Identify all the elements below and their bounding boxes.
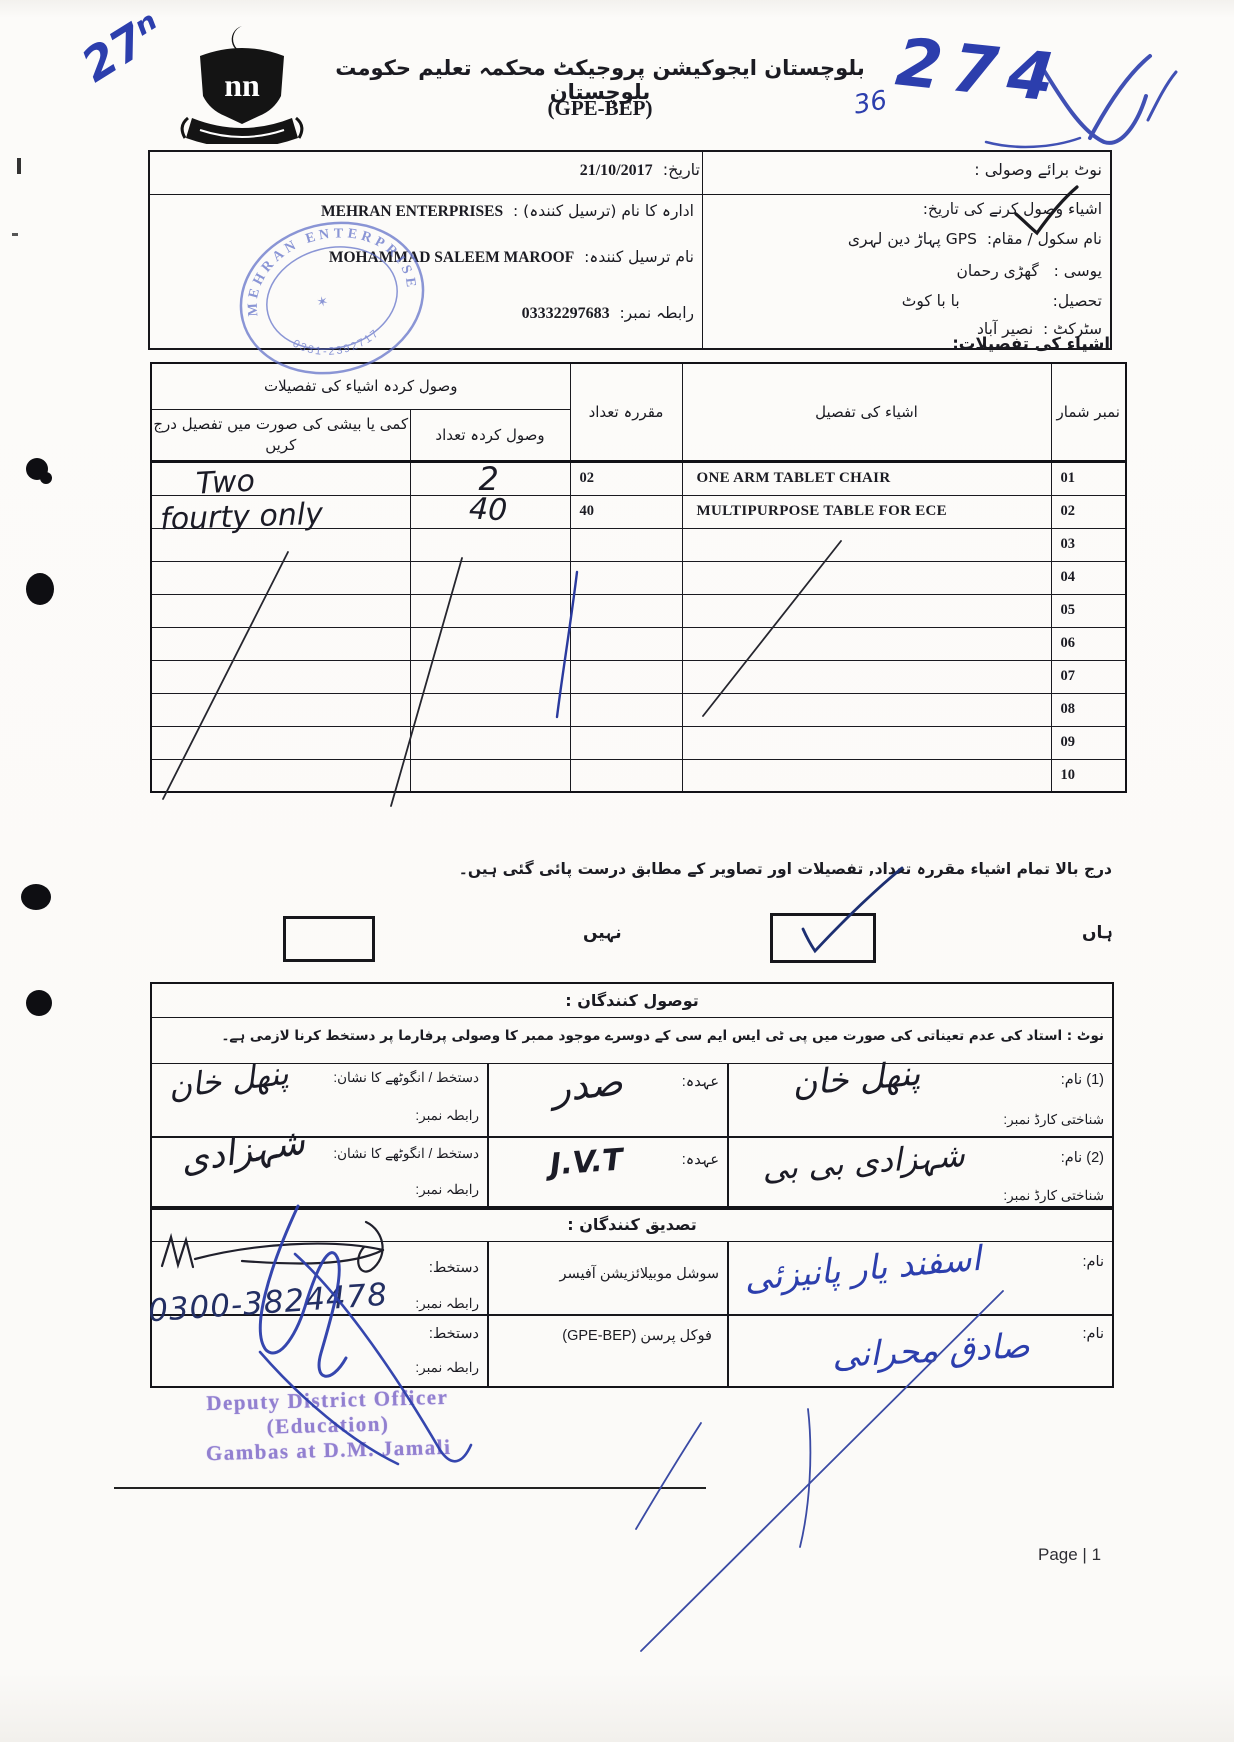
no-label: نہیں (583, 922, 622, 943)
verifier1-contact-label: رابطہ نمبر: (415, 1296, 479, 1312)
item-row: 06 (151, 627, 1126, 660)
item-row: 09 (151, 726, 1126, 759)
contact-label: رابطہ نمبر: (619, 304, 694, 322)
receivers-box: توصول کنندگان : نوٹ : استاد کی عدم تعینا… (150, 982, 1114, 1210)
fixed-qty-cell (570, 528, 682, 561)
item-detail-cell (682, 594, 1051, 627)
handwritten-number-small: 36 (852, 87, 889, 118)
item-row: 08 (151, 693, 1126, 726)
receiver1-id-label: شناختی کارڈ نمبر: (1003, 1112, 1104, 1128)
sender-value: MOHAMMAD SALEEM MAROOF (329, 249, 574, 266)
receiver2-role-label: عہدہ: (682, 1152, 719, 1168)
serial-cell: 01 (1051, 461, 1126, 495)
receiver1-contact-label: رابطہ نمبر: (415, 1108, 479, 1124)
info-box-divider (150, 194, 1110, 195)
page-subtitle: (GPE-BEP) (320, 96, 880, 121)
sender-row: نام ترسیل کنندہ: MOHAMMAD SALEEM MAROOF (150, 248, 694, 267)
item-detail-cell (682, 660, 1051, 693)
serial-cell: 08 (1051, 693, 1126, 726)
received-qty-header: وصول کردہ تعداد (410, 409, 570, 461)
serial-cell: 04 (1051, 561, 1126, 594)
delivery-info-box: تاریخ: 21/10/2017 ادارہ کا نام (ترسیل کن… (148, 150, 1112, 350)
page-number: Page | 1 (1038, 1545, 1101, 1565)
fixed-qty-cell (570, 693, 682, 726)
school-value: GPS پہاڑ دین لہری (848, 230, 977, 248)
fixed-qty-cell: 02 (570, 461, 682, 495)
tehsil-label: تحصیل: (1053, 292, 1102, 310)
fixed-qty-cell (570, 627, 682, 660)
org-label: ادارہ کا نام (ترسیل کنندہ) : (513, 202, 694, 220)
fixed-qty-cell (570, 759, 682, 792)
bottom-rule-line (114, 1487, 706, 1489)
verifier2-contact-label: رابطہ نمبر: (415, 1360, 479, 1376)
item-row: 10 (151, 759, 1126, 792)
variance-handwritten: Two (195, 458, 410, 499)
yes-label: ہاں (1082, 922, 1113, 943)
fixed-qty-cell (570, 594, 682, 627)
variance-header: کمی یا بیشی کی صورت میں تفصیل درج کریں (151, 409, 410, 461)
info-box-column-divider (702, 152, 703, 348)
serial-cell: 09 (1051, 726, 1126, 759)
fixed-qty-cell (570, 561, 682, 594)
scanned-form-page: 27ⁿ nn بلوچستان ایجوکیشن پروجیکٹ محکمہ ت… (0, 0, 1234, 1742)
date-row: تاریخ: 21/10/2017 (150, 160, 700, 180)
serial-header: نمبر شمار (1051, 363, 1126, 461)
org-row: ادارہ کا نام (ترسیل کنندہ) : MEHRAN ENTE… (150, 202, 694, 221)
handwritten-number-large: 274 (893, 29, 1067, 112)
tehsil-row: تحصیل: با با کوٹ (702, 292, 1110, 310)
receiver2-contact-label: رابطہ نمبر: (415, 1182, 479, 1198)
serial-cell: 02 (1051, 495, 1126, 528)
verifiers-title: تصدیق کنندگان : (152, 1208, 1112, 1242)
fixed-qty-cell (570, 660, 682, 693)
no-checkbox[interactable] (283, 916, 375, 962)
receiver1-role-handwritten: صدر (550, 1062, 624, 1107)
tehsil-value: با با کوٹ (902, 292, 960, 310)
receiver1-name-handwritten: پنھل خان (791, 1056, 922, 1101)
receiver2-role-handwritten: J.V.T (549, 1145, 624, 1180)
item-row: 05 (151, 594, 1126, 627)
receive-date-label: اشیاء وصول کرنے کی تاریخ: (702, 200, 1110, 218)
org-value: MEHRAN ENTERPRISES (321, 203, 503, 220)
serial-cell: 10 (1051, 759, 1126, 792)
verifier2-name-label: نام: (1083, 1326, 1104, 1342)
confirmation-text: درج بالا تمام اشیاء مقررہ تعداد, تفصیلات… (380, 860, 1112, 878)
item-detail-header: اشیاء کی تفصیل (682, 363, 1051, 461)
receiver2-name-handwritten: شہزادی بی بی (761, 1139, 966, 1185)
item-detail-cell (682, 528, 1051, 561)
items-section-label: اشیاء کی تفصیلات: (920, 334, 1110, 353)
school-row: نام سکول / مقام: GPS پہاڑ دین لہری (702, 230, 1110, 248)
item-detail-cell (682, 726, 1051, 759)
item-row: fourty only 40 40 MULTIPURPOSE TABLE FOR… (151, 495, 1126, 528)
uc-label: یوسی : (1054, 262, 1102, 280)
receiver2-id-label: شناختی کارڈ نمبر: (1003, 1188, 1104, 1204)
ink-blobs (12, 158, 54, 1016)
verifier1-name-handwritten: اسفند یار پانیزئی (743, 1242, 982, 1297)
received-qty-handwritten: 40 (468, 494, 570, 529)
verifier1-name-label: نام: (1083, 1254, 1104, 1270)
received-items-group-header: وصول کردہ اشیاء کی تفصیلات (151, 363, 570, 409)
yes-checkbox[interactable] (770, 913, 876, 963)
balochistan-education-crest-logo: nn (166, 26, 318, 144)
date-value: 21/10/2017 (580, 162, 653, 179)
sender-label: نام ترسیل کنندہ: (584, 248, 694, 266)
serial-cell: 05 (1051, 594, 1126, 627)
serial-cell: 07 (1051, 660, 1126, 693)
verifier2-name-handwritten: صادق محرانی (831, 1329, 1030, 1373)
verifier1-sign-label: دستخط: (429, 1260, 479, 1276)
item-row: 03 (151, 528, 1126, 561)
receiver2-signature-handwritten: شہزادی (178, 1124, 307, 1179)
contact-value: 03332297683 (522, 305, 610, 322)
items-table: وصول کردہ اشیاء کی تفصیلات مقررہ تعداد ا… (150, 362, 1127, 793)
item-detail-cell (682, 627, 1051, 660)
fixed-qty-cell: 40 (570, 495, 682, 528)
receiver2-sign-label: دستخط / انگوٹھے کا نشان: (333, 1146, 479, 1162)
item-row: Two 2 02 ONE ARM TABLET CHAIR 01 (151, 461, 1126, 495)
verifier1-role-label: سوشل موبیلائزیشن آفیسر (560, 1266, 719, 1282)
item-detail-cell (682, 693, 1051, 726)
item-row: 07 (151, 660, 1126, 693)
uc-value: گھڑی رحمان (957, 262, 1039, 280)
verifier2-role-label: فوکل پرسن (GPE-BEP) (562, 1328, 712, 1344)
serial-cell: 06 (1051, 627, 1126, 660)
uc-row: یوسی : گھڑی رحمان (702, 262, 1120, 280)
receiver1-name-label: (1) نام: (1061, 1072, 1104, 1088)
receivers-title: توصول کنندگان : (152, 984, 1112, 1018)
date-label: تاریخ: (663, 160, 700, 179)
receiver2-name-label: (2) نام: (1061, 1150, 1104, 1166)
serial-cell: 03 (1051, 528, 1126, 561)
school-label: نام سکول / مقام: (987, 230, 1102, 248)
receipt-note-label: نوٹ برائے وصولی : (702, 160, 1110, 179)
logo-monogram: nn (224, 67, 260, 103)
receiver1-role-label: عہدہ: (682, 1074, 719, 1090)
verifier2-sign-label: دستخط: (429, 1326, 479, 1342)
item-detail-cell (682, 561, 1051, 594)
item-detail-cell: ONE ARM TABLET CHAIR (682, 461, 1051, 495)
received-qty-handwritten: 2 (479, 463, 570, 495)
item-detail-cell (682, 759, 1051, 792)
item-detail-cell: MULTIPURPOSE TABLE FOR ECE (682, 495, 1051, 528)
item-row: 04 (151, 561, 1126, 594)
fixed-qty-cell (570, 726, 682, 759)
receiver1-sign-label: دستخط / انگوٹھے کا نشان: (333, 1070, 479, 1086)
receivers-note: نوٹ : استاد کی عدم تعیناتی کی صورت میں پ… (152, 1018, 1112, 1064)
deputy-district-officer-stamp: Deputy District Officer (Education) Gamb… (155, 1384, 501, 1467)
contact-row: رابطہ نمبر: 03332297683 (150, 304, 694, 323)
handwritten-corner-number: 27ⁿ (74, 5, 170, 89)
fixed-qty-header: مقررہ تعداد (570, 363, 682, 461)
